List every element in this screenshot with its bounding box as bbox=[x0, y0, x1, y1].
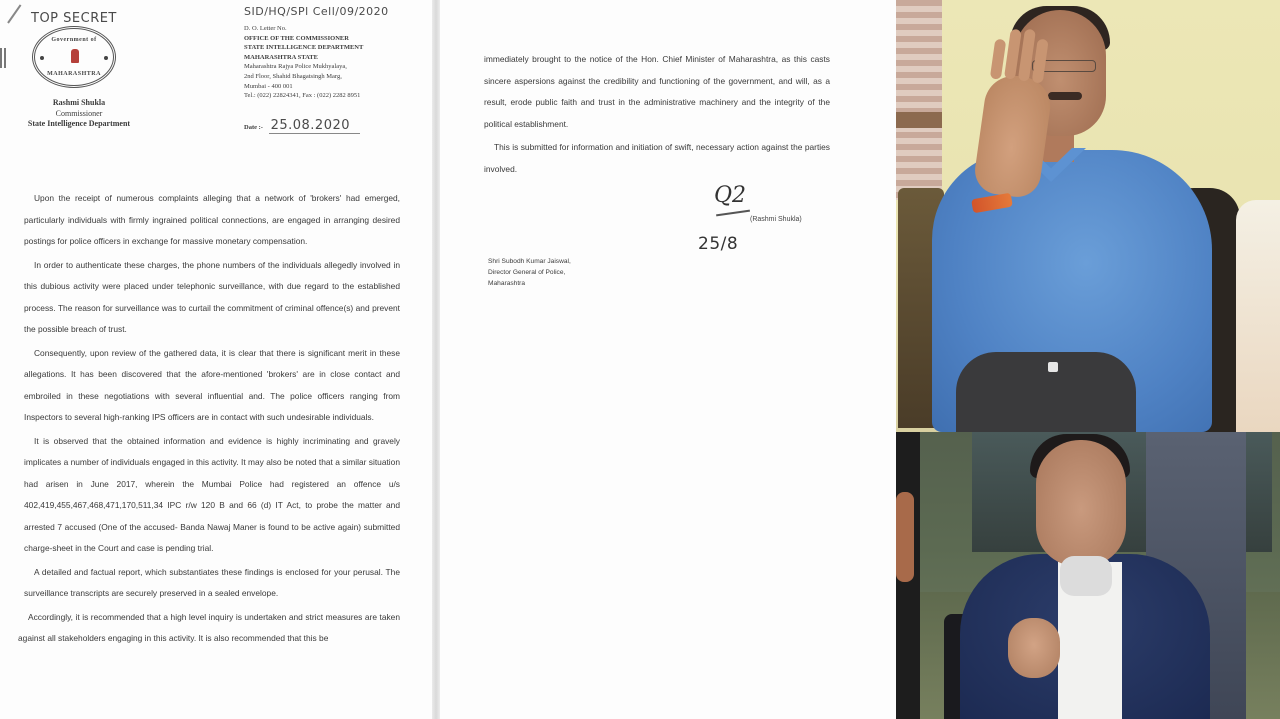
recipient-line: Maharashtra bbox=[488, 278, 571, 289]
letter-page-1: TOP SECRET Government of MAHARASHTRA Ras… bbox=[0, 0, 432, 719]
sender-title: Commissioner bbox=[14, 109, 144, 120]
sender-department: State Intelligence Department bbox=[14, 119, 144, 130]
paragraph: A detailed and factual report, which sub… bbox=[24, 562, 400, 605]
paragraph: Upon the receipt of numerous complaints … bbox=[24, 188, 400, 253]
paragraph: It is observed that the obtained informa… bbox=[24, 431, 400, 560]
recipient-block: Shri Subodh Kumar Jaiswal, Director Gene… bbox=[488, 256, 571, 289]
gesturing-hand bbox=[1008, 618, 1060, 678]
sender-name: Rashmi Shukla bbox=[14, 98, 144, 109]
top-secret-annotation: TOP SECRET bbox=[31, 11, 117, 26]
signature: Q2 bbox=[714, 183, 746, 208]
face bbox=[1036, 440, 1126, 566]
sender-block: Rashmi Shukla Commissioner State Intelli… bbox=[14, 98, 144, 130]
photo-man-blue-shirt bbox=[896, 0, 1280, 432]
paragraph: In order to authenticate these charges, … bbox=[24, 255, 400, 341]
margin-mark bbox=[0, 48, 6, 68]
office-line: Tel.: (022) 22824341, Fax : (022) 2282 8… bbox=[244, 91, 363, 101]
date-label: Date :- bbox=[244, 124, 263, 131]
paragraph: Accordingly, it is recommended that a hi… bbox=[18, 607, 400, 650]
watch bbox=[1048, 362, 1058, 372]
paragraph: immediately brought to the notice of the… bbox=[484, 49, 830, 135]
mustache bbox=[1048, 92, 1082, 100]
letter-body-page-2: immediately brought to the notice of the… bbox=[484, 49, 830, 182]
background-arm bbox=[896, 492, 914, 582]
recipient-line: Director General of Police, bbox=[488, 267, 571, 278]
page-gutter bbox=[432, 0, 440, 719]
letter-body-page-1: Upon the receipt of numerous complaints … bbox=[24, 188, 400, 652]
office-line: Mumbai - 400 001 bbox=[244, 82, 363, 92]
office-line: OFFICE OF THE COMMISSIONER bbox=[244, 34, 363, 44]
bystander-arm bbox=[1236, 200, 1280, 432]
office-address: D. O. Letter No. OFFICE OF THE COMMISSIO… bbox=[244, 24, 363, 101]
letter-no-label: D. O. Letter No. bbox=[244, 24, 363, 34]
reference-number: SID/HQ/SPl Cell/09/2020 bbox=[244, 5, 389, 18]
seal-top-text: Government of bbox=[35, 37, 113, 43]
date-line: Date :- 25.08.2020 bbox=[244, 118, 360, 134]
seal-bottom-text: MAHARASHTRA bbox=[35, 71, 113, 77]
government-seal: Government of MAHARASHTRA bbox=[32, 26, 116, 88]
pen-mark bbox=[7, 4, 21, 23]
handwritten-date: 25/8 bbox=[698, 234, 738, 254]
office-line: STATE INTELLIGENCE DEPARTMENT bbox=[244, 43, 363, 53]
photo-man-navy-jacket bbox=[896, 432, 1280, 719]
date-value: 25.08.2020 bbox=[269, 118, 360, 134]
paragraph: Consequently, upon review of the gathere… bbox=[24, 343, 400, 429]
signatory-name: (Rashmi Shukla) bbox=[750, 216, 802, 223]
office-line: MAHARASHTRA STATE bbox=[244, 53, 363, 63]
window-blind bbox=[896, 0, 942, 200]
seal-star-icon bbox=[40, 56, 44, 60]
recipient-line: Shri Subodh Kumar Jaiswal, bbox=[488, 256, 571, 267]
paragraph: This is submitted for information and in… bbox=[484, 137, 830, 180]
office-line: 2nd Floor, Shahid Bhagatsingh Marg, bbox=[244, 72, 363, 82]
emblem-icon bbox=[71, 49, 79, 63]
window-frame bbox=[896, 112, 942, 128]
office-line: Maharashtra Rajya Police Mukhyalaya, bbox=[244, 62, 363, 72]
seal-star-icon bbox=[104, 56, 108, 60]
face-mask bbox=[1060, 556, 1112, 596]
trousers bbox=[956, 352, 1136, 432]
